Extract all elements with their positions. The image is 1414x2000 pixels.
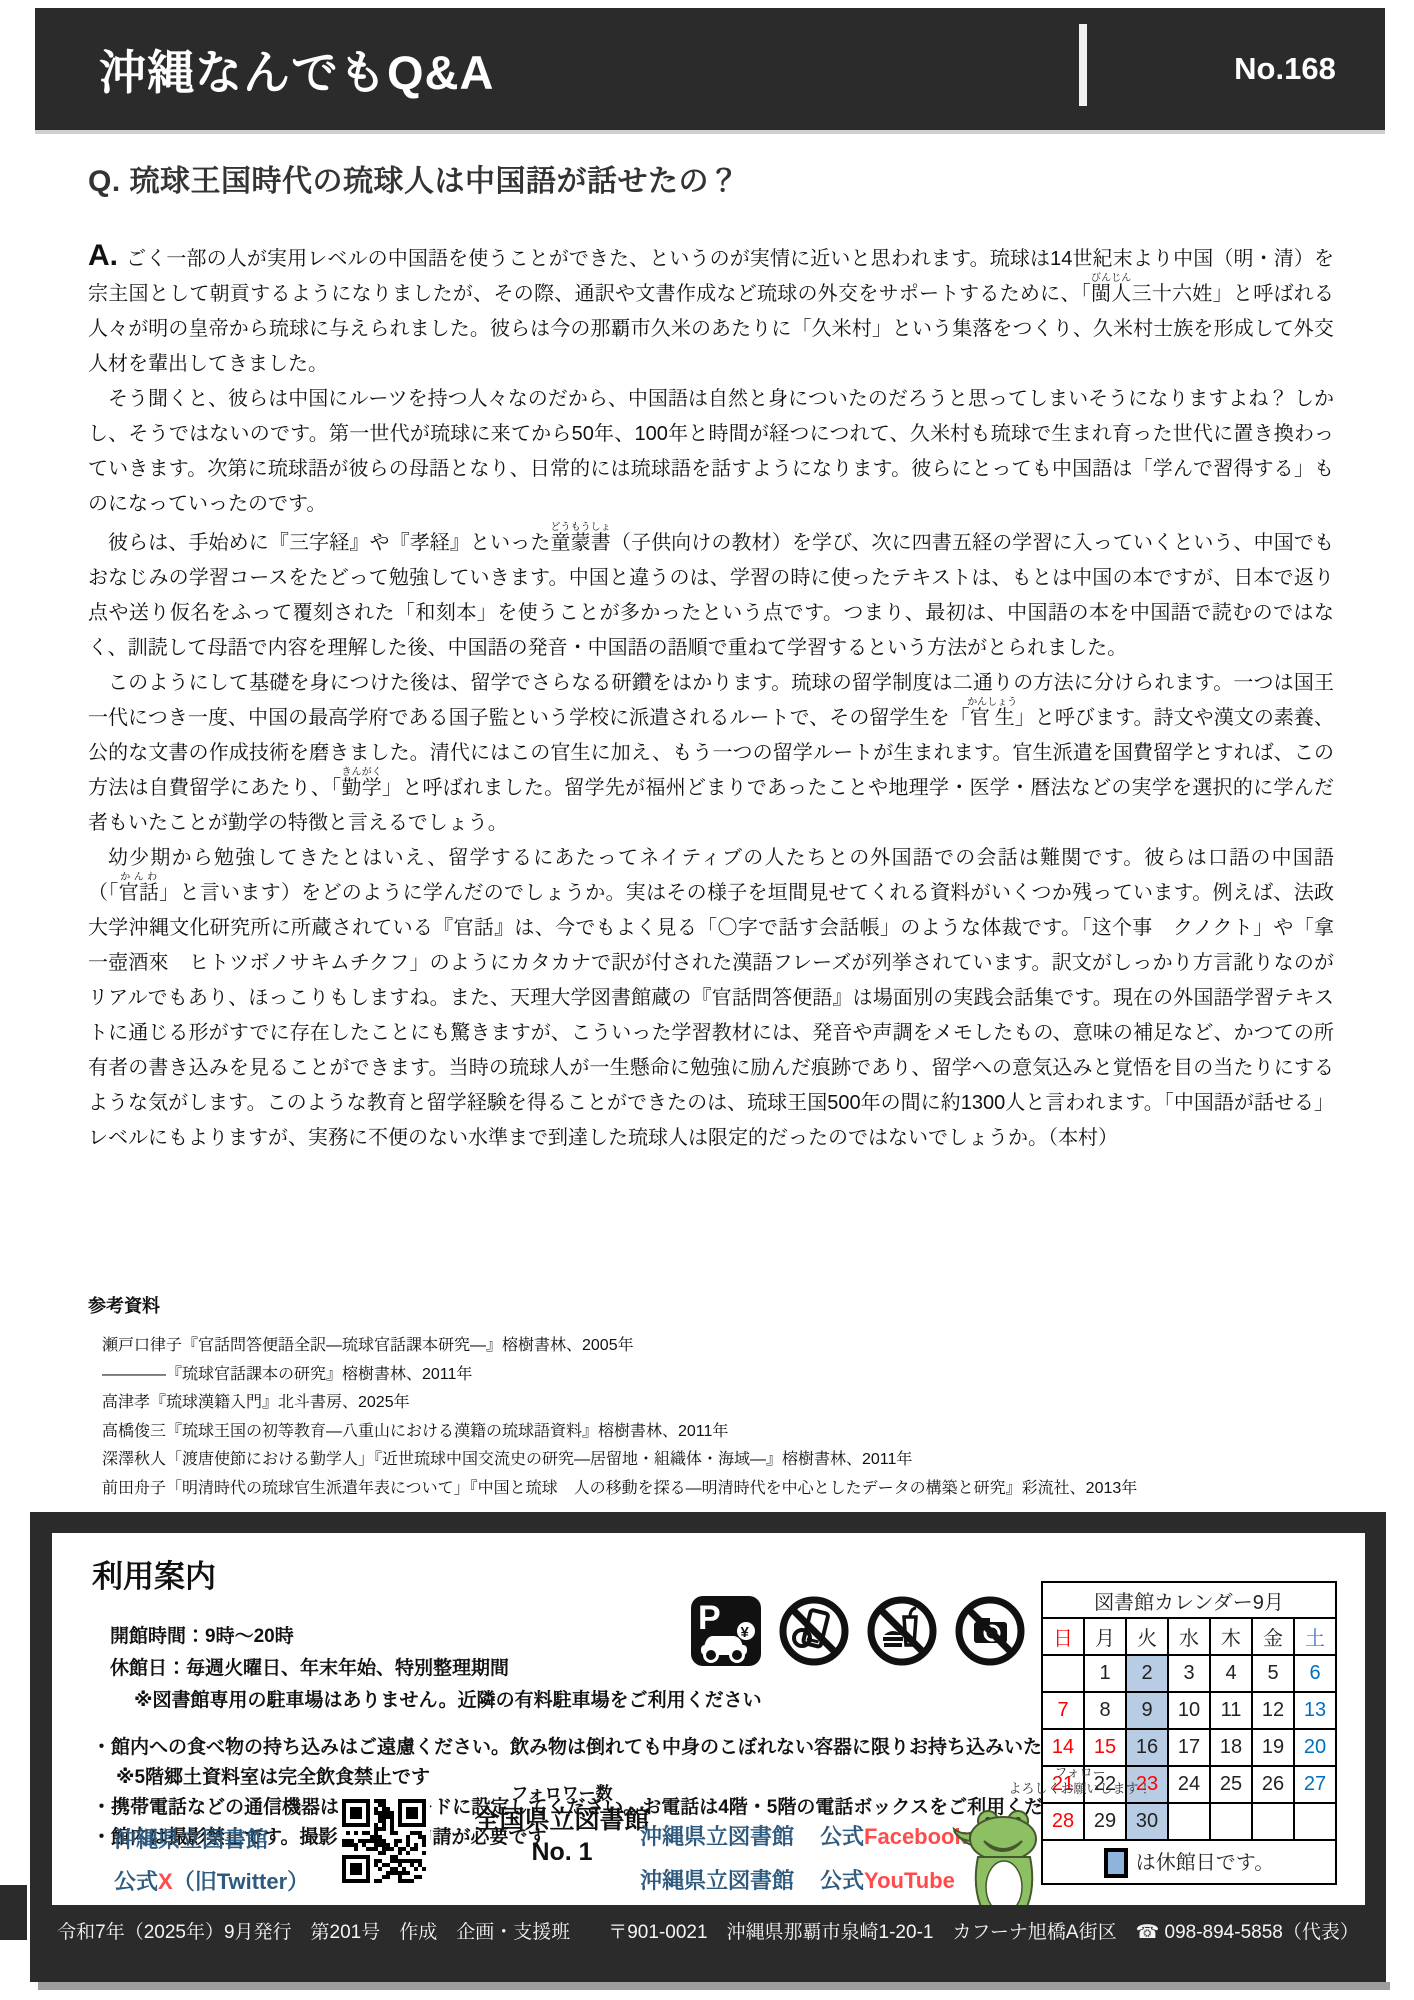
question-heading: Q. 琉球王国時代の琉球人は中国語が話せたの？ [88, 156, 740, 200]
answer-paragraph: A.ごく一部の人が実用レベルの中国語を使うことができた、というのが実情に近いと思… [88, 238, 1334, 382]
reference-item: 深澤秋人「渡唐使節における勤学人」『近世琉球中国交流史の研究―居留地・組織体・海… [102, 1446, 1348, 1475]
calendar-date-cell: 27 [1294, 1766, 1336, 1803]
reference-item: ――――『琉球官話課本の研究』榕樹書林、2011年 [102, 1361, 1348, 1390]
calendar-empty-cell [1042, 1655, 1084, 1692]
calendar-empty-cell [1294, 1803, 1336, 1840]
calendar-day-header: 火 [1126, 1618, 1168, 1655]
newsletter-title: 沖縄なんでもQ&A [99, 36, 494, 103]
calendar-date-cell: 19 [1252, 1729, 1294, 1766]
calendar-date-cell: 3 [1168, 1655, 1210, 1692]
no-camera-icon [954, 1595, 1026, 1667]
no-phone-icon [778, 1595, 850, 1667]
ruby-term: 勤学きんがく [341, 777, 382, 799]
library-calendar: 図書館カレンダー9月日月火水木金土12345678910111213141516… [1041, 1581, 1337, 1885]
answer-paragraph: このようにして基礎を身につけた後は、留学でさらなる研鑽をはかります。琉球の留学制… [88, 666, 1334, 841]
section-shadow [38, 1982, 1390, 1990]
parking-p-label: P [698, 1599, 721, 1637]
frog-mascot-icon [950, 1795, 1054, 1905]
calendar-date-cell: 15 [1084, 1729, 1126, 1766]
sns-x-account: 沖縄県立図書館 公式X（旧Twitter） [114, 1819, 309, 1903]
closed-day-swatch [1104, 1848, 1128, 1878]
pictogram-row: P ¥ [690, 1595, 1026, 1667]
calendar-date-cell: 18 [1210, 1729, 1252, 1766]
reference-item: 高橋俊三『琉球王国の初等教育―八重山における漢籍の琉球語資料』榕樹書林、2011… [102, 1418, 1348, 1447]
usage-info-line: 開館時間：9時～20時 [110, 1621, 762, 1653]
no-food-drink-icon [866, 1595, 938, 1667]
calendar-date-cell: 16 [1126, 1729, 1168, 1766]
sns-youtube-name: 沖縄県立図書館 [640, 1868, 794, 1893]
sns-x-service: X [158, 1869, 173, 1894]
ruby-term: 童蒙書どうもうしょ [551, 532, 611, 554]
calendar-date-cell: 17 [1168, 1729, 1210, 1766]
header-divider [1079, 24, 1087, 106]
calendar-date-cell: 8 [1084, 1692, 1126, 1729]
sns-fb-yt: 沖縄県立図書館公式Facebook 沖縄県立図書館公式YouTube [640, 1815, 967, 1903]
calendar-date-cell: 14 [1042, 1729, 1084, 1766]
usage-box: 利用案内 開館時間：9時～20時休館日：毎週火曜日、年末年始、特別整理期間※図書… [52, 1533, 1365, 1905]
usage-section-frame: 利用案内 開館時間：9時～20時休館日：毎週火曜日、年末年始、特別整理期間※図書… [30, 1512, 1386, 1982]
calendar-date-cell: 12 [1252, 1692, 1294, 1729]
paid-parking-icon: P ¥ [690, 1595, 762, 1667]
ruby-term: 官話かんわ [119, 882, 160, 904]
calendar-date-cell: 29 [1084, 1803, 1126, 1840]
answer-paragraph: 彼らは、手始めに『三字経』や『孝経』といった童蒙書どうもうしょ（子供向けの教材）… [88, 522, 1334, 666]
answer-lead: A. [88, 239, 118, 272]
calendar-date-cell: 6 [1294, 1655, 1336, 1692]
calendar-date-cell: 25 [1210, 1766, 1252, 1803]
reference-item: 前田舟子「明清時代の琉球官生派遣年表について」『中国と琉球 人の移動を探る―明清… [102, 1475, 1348, 1504]
sns-facebook-prefix: 公式 [820, 1824, 864, 1849]
answer-body: A.ごく一部の人が実用レベルの中国語を使うことができた、というのが実情に近いと思… [88, 238, 1334, 1156]
answer-paragraph: そう聞くと、彼らは中国にルーツを持つ人々なのだから、中国語は自然と身についたのだ… [88, 382, 1334, 522]
calendar-legend: は休館日です。 [1042, 1840, 1336, 1884]
qr-code [338, 1795, 430, 1887]
calendar-date-cell: 2 [1126, 1655, 1168, 1692]
usage-info-line: ※図書館専用の駐車場はありません。近隣の有料駐車場をご利用ください [110, 1685, 762, 1717]
calendar-day-header: 水 [1168, 1618, 1210, 1655]
colophon: 令和7年（2025年）9月発行 第201号 作成 企画・支援班 〒901-002… [30, 1917, 1386, 1944]
calendar-date-cell: 9 [1126, 1692, 1168, 1729]
references-list: 瀬戸口律子『官話問答便語全訳―琉球官話課本研究―』榕樹書林、2005年――――『… [102, 1332, 1348, 1503]
calendar-date-cell: 1 [1084, 1655, 1126, 1692]
calendar-date-cell: 13 [1294, 1692, 1336, 1729]
calendar-date-cell: 11 [1210, 1692, 1252, 1729]
calendar-day-header: 土 [1294, 1618, 1336, 1655]
references-section: 参考資料 瀬戸口律子『官話問答便語全訳―琉球官話課本研究―』榕樹書林、2005年… [88, 1292, 1348, 1503]
usage-info-lines: 開館時間：9時～20時休館日：毎週火曜日、年末年始、特別整理期間※図書館専用の駐… [110, 1621, 762, 1717]
ruby-term: 閩人びんじん [1091, 283, 1132, 305]
usage-info-line: 休館日：毎週火曜日、年末年始、特別整理期間 [110, 1653, 762, 1685]
newsletter-page: { "colors": { "header_bg": "#2b2b2b", "a… [0, 0, 1414, 2000]
calendar-date-cell: 26 [1252, 1766, 1294, 1803]
followers-label: フォロワー数 [442, 1779, 682, 1804]
calendar-title: 図書館カレンダー9月 [1042, 1582, 1336, 1618]
sns-x-prefix: 公式 [114, 1869, 158, 1894]
calendar-day-header: 木 [1210, 1618, 1252, 1655]
edge-mark [0, 1885, 27, 1940]
reference-item: 瀬戸口律子『官話問答便語全訳―琉球官話課本研究―』榕樹書林、2005年 [102, 1332, 1348, 1361]
sns-x-name: 沖縄県立図書館 [114, 1827, 268, 1852]
calendar-date-cell: 7 [1042, 1692, 1084, 1729]
calendar-day-header: 日 [1042, 1618, 1084, 1655]
answer-paragraph: 幼少期から勉強してきたとはいえ、留学するにあたってネイティブの人たちとの外国語で… [88, 841, 1334, 1156]
calendar-date-cell: 10 [1168, 1692, 1210, 1729]
calendar-day-header: 金 [1252, 1618, 1294, 1655]
calendar-date-cell: 4 [1210, 1655, 1252, 1692]
calendar-empty-cell [1252, 1803, 1294, 1840]
mascot-speech: フォローよろしくお願いします！ [960, 1765, 1200, 1797]
sns-facebook-name: 沖縄県立図書館 [640, 1824, 794, 1849]
ruby-term: 官生かんしょう [970, 707, 1015, 729]
header-bar: 沖縄なんでもQ&A No.168 [35, 8, 1385, 130]
reference-item: 高津孝『琉球漢籍入門』北斗書房、2025年 [102, 1389, 1348, 1418]
usage-rule-line: ・館内への食べ物の持ち込みはご遠慮ください。飲み物は倒れても中身のこぼれない容器… [92, 1733, 1118, 1763]
sns-youtube-service: YouTube [864, 1868, 955, 1893]
references-title: 参考資料 [88, 1292, 1348, 1318]
sns-youtube-prefix: 公式 [820, 1868, 864, 1893]
issue-number: No.168 [1175, 51, 1395, 87]
calendar-date-cell: 30 [1126, 1803, 1168, 1840]
calendar-date-cell: 20 [1294, 1729, 1336, 1766]
calendar-date-cell: 5 [1252, 1655, 1294, 1692]
parking-yen-label: ¥ [741, 1624, 750, 1641]
usage-title: 利用案内 [92, 1551, 216, 1596]
calendar-day-header: 月 [1084, 1618, 1126, 1655]
sns-x-suffix: （旧Twitter） [173, 1869, 309, 1894]
calendar-empty-cell [1168, 1803, 1210, 1840]
calendar-empty-cell [1210, 1803, 1252, 1840]
